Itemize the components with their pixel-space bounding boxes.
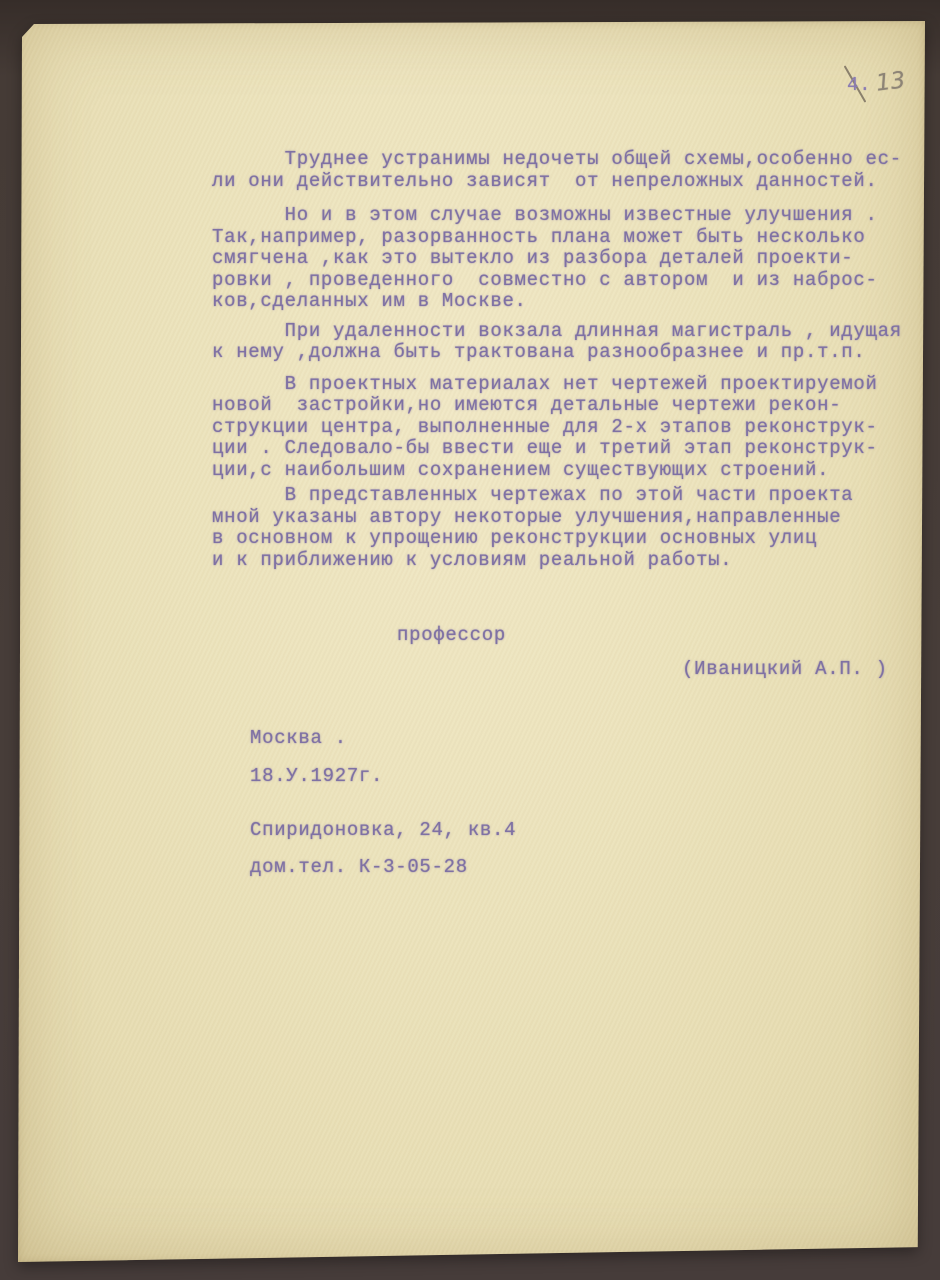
address-line: Спиридоновка, 24, кв.4	[250, 820, 516, 842]
phone-line: дом.тел. К-3-05-28	[250, 857, 516, 879]
page-number-area: 4. 13	[18, 21, 925, 131]
document-page: 4. 13 Труднее устранимы недочеты общей с…	[18, 21, 925, 1262]
page-number-typed: 4.	[847, 75, 871, 97]
letter-body: Труднее устранимы недочеты общей схемы,о…	[212, 149, 918, 584]
signature-title: профессор	[397, 625, 506, 647]
paragraph-4: В проектных материалах нет чертежей прое…	[212, 374, 918, 482]
signature-name: (Иваницкий А.П. )	[682, 659, 888, 681]
paper-shadow: 4. 13 Труднее устранимы недочеты общей с…	[0, 0, 940, 1280]
page-number-handwritten: 13	[875, 67, 907, 96]
paragraph-2: Но и в этом случае возможны известные ул…	[212, 205, 918, 313]
letter-footer: Москва . 18.У.1927г. Спиридоновка, 24, к…	[250, 728, 516, 878]
paragraph-3: При удаленности вокзала длинная магистра…	[212, 321, 918, 364]
paragraph-1: Труднее устранимы недочеты общей схемы,о…	[212, 149, 918, 192]
date-line: 18.У.1927г.	[250, 766, 516, 788]
photo-background: 4. 13 Труднее устранимы недочеты общей с…	[0, 0, 940, 1280]
city-line: Москва .	[250, 728, 516, 750]
paragraph-5: В представленных чертежах по этой части …	[212, 485, 918, 571]
